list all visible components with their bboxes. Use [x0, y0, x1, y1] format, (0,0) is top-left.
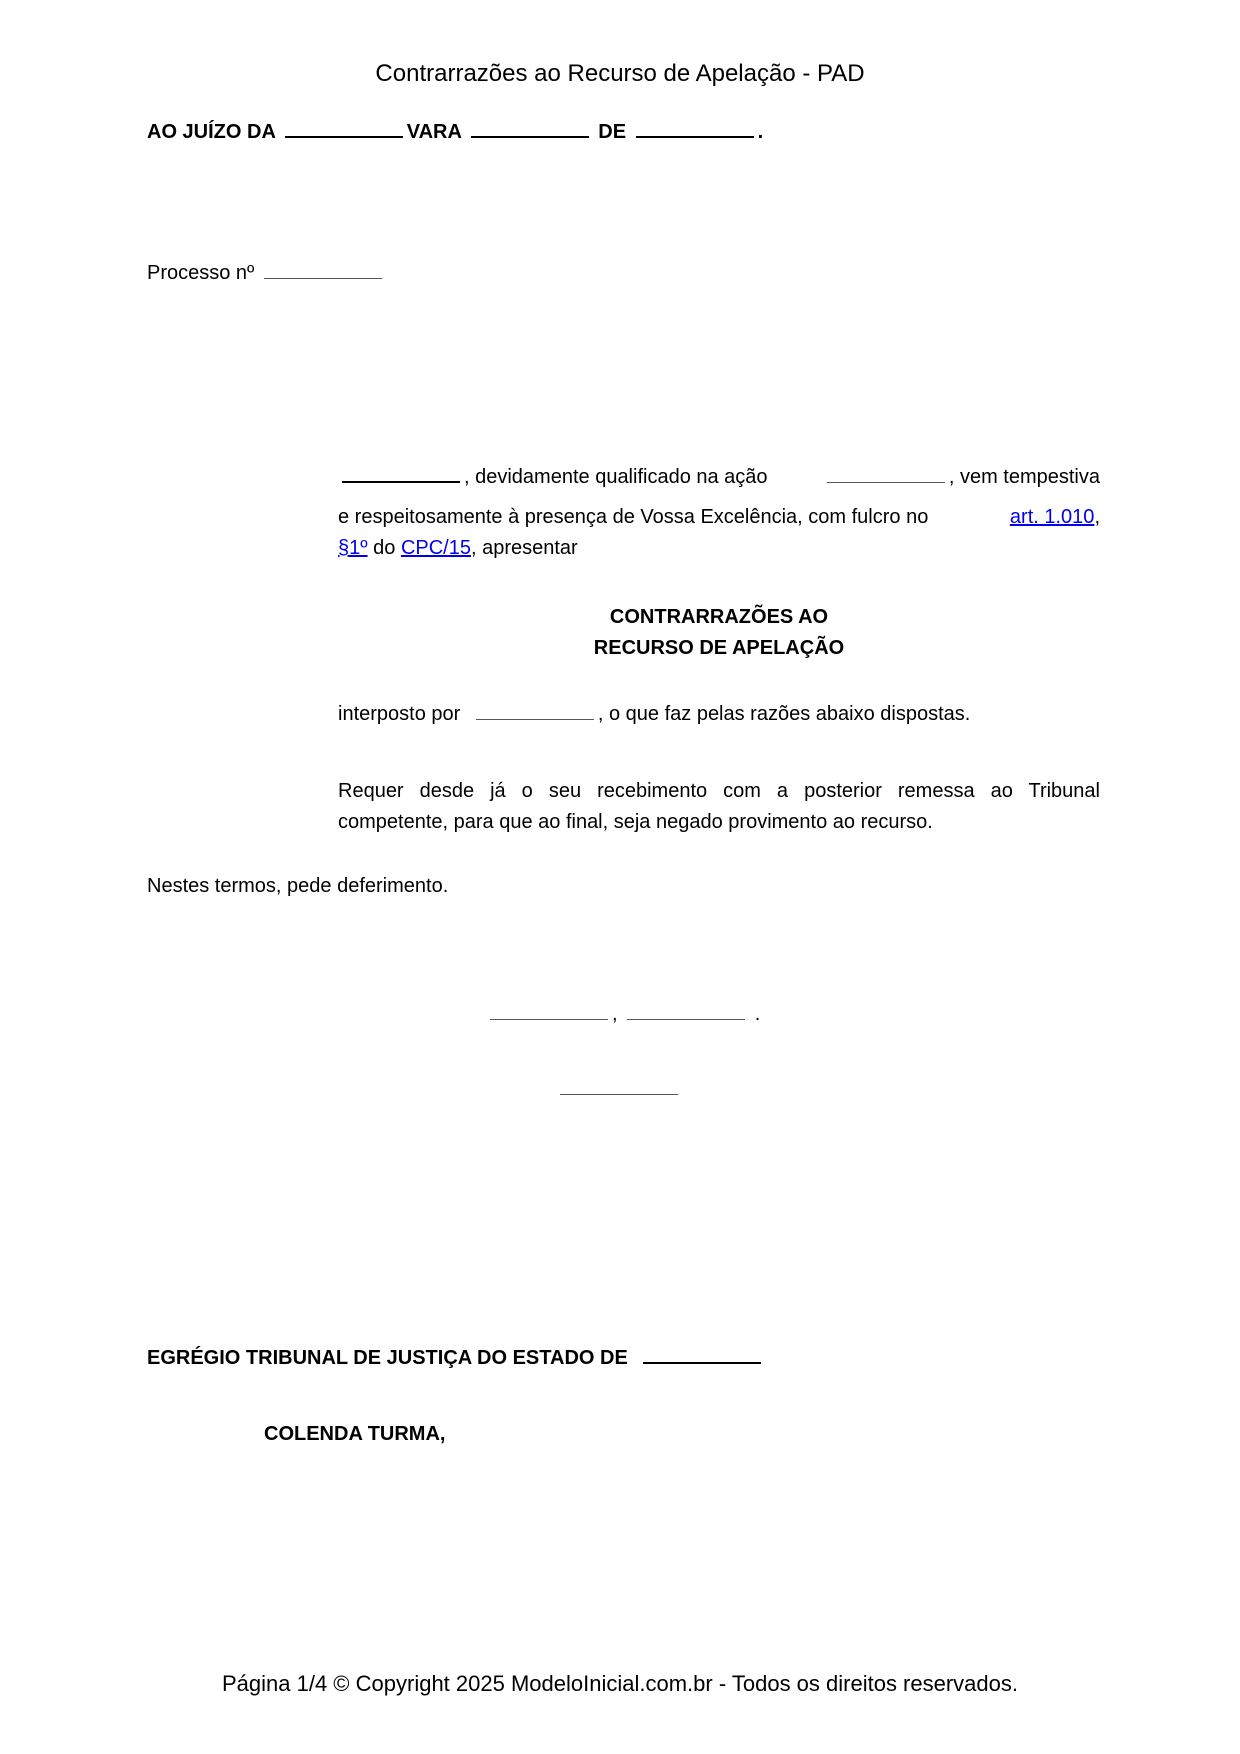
state-blank[interactable]	[643, 1361, 761, 1364]
date-blank[interactable]	[627, 1018, 745, 1020]
addressee-line: AO JUÍZO DA VARA DE .	[147, 121, 763, 144]
tribunal-text: EGRÉGIO TRIBUNAL DE JUSTIÇA DO ESTADO DE	[147, 1347, 628, 1369]
page-footer: Página 1/4 © Copyright 2025 ModeloInicia…	[0, 1671, 1240, 1697]
requer-paragraph: Requer desde já o seu recebimento com a …	[338, 776, 1100, 838]
link-cpc-15[interactable]: CPC/15	[401, 537, 471, 559]
intro-part2: , vem tempestiva	[949, 466, 1100, 488]
document-title: CONTRARRAZÕES AO RECURSO DE APELAÇÃO	[338, 602, 1100, 664]
tribunal-line: EGRÉGIO TRIBUNAL DE JUSTIÇA DO ESTADO DE	[147, 1347, 765, 1370]
intro-end: , apresentar	[471, 537, 578, 559]
intro-part1: , devidamente qualificado na ação	[464, 466, 768, 488]
addressee-de: DE	[598, 121, 626, 143]
appellant-name-blank[interactable]	[476, 718, 594, 720]
process-number-line: Processo nº	[147, 262, 386, 285]
interposto-prefix: interposto por	[338, 703, 460, 725]
document-header-title: Contrarrazões ao Recurso de Apelação - P…	[0, 60, 1240, 88]
document-title-line2: RECURSO DE APELAÇÃO	[338, 633, 1100, 664]
process-label: Processo nº	[147, 262, 254, 284]
comma: ,	[1094, 506, 1100, 528]
intro-paragraph: , devidamente qualificado na ação , vem …	[338, 462, 1100, 564]
place-blank[interactable]	[490, 1018, 608, 1020]
vara-number-blank[interactable]	[285, 135, 403, 138]
vara-type-blank[interactable]	[471, 135, 589, 138]
closing-text: Nestes termos, pede deferimento.	[147, 875, 448, 898]
action-name-blank[interactable]	[827, 481, 945, 483]
process-number-blank[interactable]	[264, 277, 382, 279]
turma-heading: COLENDA TURMA,	[264, 1423, 445, 1446]
signature-blank[interactable]	[560, 1094, 678, 1095]
link-paragraph-1[interactable]: §1º	[338, 537, 368, 559]
place-date-line: , .	[486, 1003, 760, 1026]
intro-line2: e respeitosamente à presença de Vossa Ex…	[338, 502, 928, 533]
interposto-suffix: , o que faz pelas razões abaixo disposta…	[598, 703, 970, 725]
document-title-line1: CONTRARRAZÕES AO	[338, 602, 1100, 633]
addressee-prefix: AO JUÍZO DA	[147, 121, 275, 143]
link-art-1010[interactable]: art. 1.010	[1010, 506, 1095, 528]
place-date-dot: .	[755, 1003, 761, 1025]
interposto-line: interposto por , o que faz pelas razões …	[338, 703, 970, 726]
appellee-name-blank[interactable]	[342, 480, 460, 483]
addressee-vara: VARA	[407, 121, 461, 143]
addressee-end: .	[758, 121, 764, 143]
comarca-blank[interactable]	[636, 135, 754, 138]
place-date-comma: ,	[612, 1003, 618, 1025]
intro-do: do	[373, 537, 395, 559]
